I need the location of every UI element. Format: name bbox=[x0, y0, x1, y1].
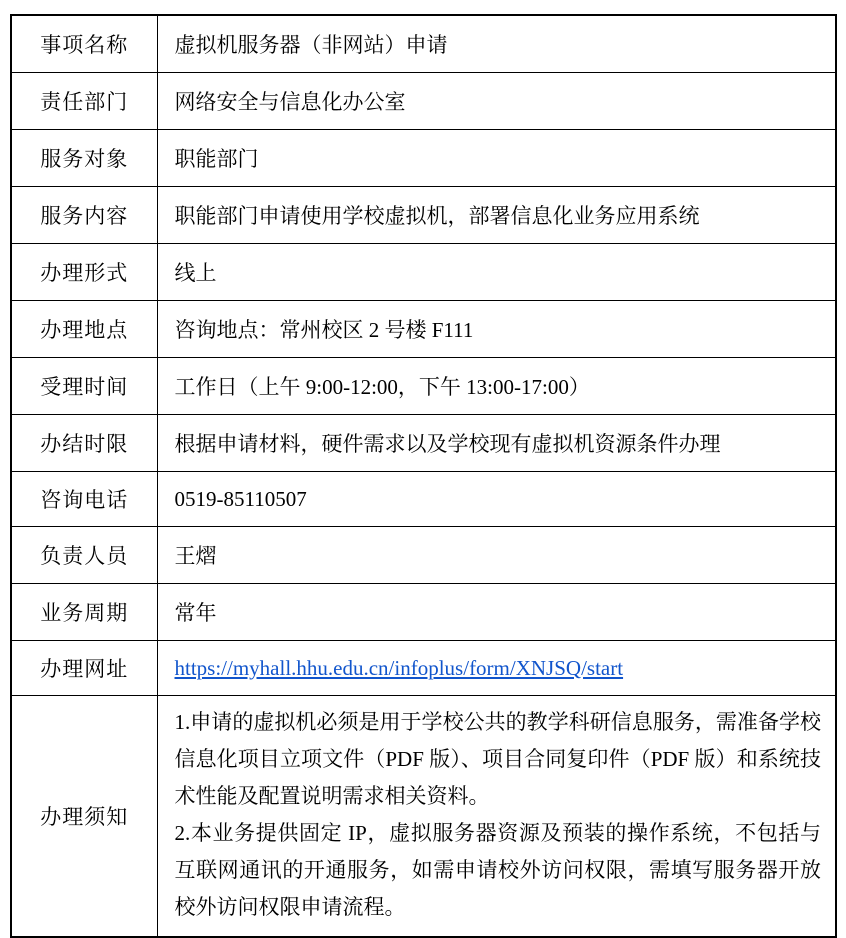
row-label: 业务周期 bbox=[11, 584, 157, 641]
table-row-consult-phone: 咨询电话 0519-85110507 bbox=[11, 472, 836, 527]
row-value: 根据申请材料，硬件需求以及学校现有虚拟机资源条件办理 bbox=[157, 415, 836, 472]
row-value: https://myhall.hhu.edu.cn/infoplus/form/… bbox=[157, 641, 836, 696]
row-label: 服务对象 bbox=[11, 130, 157, 187]
portal-url-link[interactable]: https://myhall.hhu.edu.cn/infoplus/form/… bbox=[175, 656, 624, 680]
row-label: 服务内容 bbox=[11, 187, 157, 244]
notes-paragraph-1: 1.申请的虚拟机必须是用于学校公共的教学科研信息服务，需准备学校信息化项目立项文… bbox=[175, 704, 822, 815]
row-label: 负责人员 bbox=[11, 527, 157, 584]
row-label: 受理时间 bbox=[11, 358, 157, 415]
row-label: 咨询电话 bbox=[11, 472, 157, 527]
row-value: 职能部门 bbox=[157, 130, 836, 187]
service-info-table: 事项名称 虚拟机服务器（非网站）申请 责任部门 网络安全与信息化办公室 服务对象… bbox=[10, 14, 837, 938]
row-label: 办理须知 bbox=[11, 696, 157, 938]
row-label: 办理地点 bbox=[11, 301, 157, 358]
row-value: 职能部门申请使用学校虚拟机，部署信息化业务应用系统 bbox=[157, 187, 836, 244]
row-label: 办结时限 bbox=[11, 415, 157, 472]
row-value: 网络安全与信息化办公室 bbox=[157, 73, 836, 130]
document-page: 事项名称 虚拟机服务器（非网站）申请 责任部门 网络安全与信息化办公室 服务对象… bbox=[0, 0, 846, 910]
table-row-responsible-dept: 责任部门 网络安全与信息化办公室 bbox=[11, 73, 836, 130]
row-value: 1.申请的虚拟机必须是用于学校公共的教学科研信息服务，需准备学校信息化项目立项文… bbox=[157, 696, 836, 938]
table-row-acceptance-time: 受理时间 工作日（上午 9:00-12:00，下午 13:00-17:00） bbox=[11, 358, 836, 415]
table-row-item-name: 事项名称 虚拟机服务器（非网站）申请 bbox=[11, 15, 836, 73]
row-value: 咨询地点：常州校区 2 号楼 F111 bbox=[157, 301, 836, 358]
row-value: 王熠 bbox=[157, 527, 836, 584]
table-row-handling-url: 办理网址 https://myhall.hhu.edu.cn/infoplus/… bbox=[11, 641, 836, 696]
row-value: 线上 bbox=[157, 244, 836, 301]
row-value: 工作日（上午 9:00-12:00，下午 13:00-17:00） bbox=[157, 358, 836, 415]
row-value: 0519-85110507 bbox=[157, 472, 836, 527]
table-row-service-target: 服务对象 职能部门 bbox=[11, 130, 836, 187]
row-value: 常年 bbox=[157, 584, 836, 641]
row-label: 办理形式 bbox=[11, 244, 157, 301]
table-row-service-content: 服务内容 职能部门申请使用学校虚拟机，部署信息化业务应用系统 bbox=[11, 187, 836, 244]
table-row-handling-mode: 办理形式 线上 bbox=[11, 244, 836, 301]
table-row-handling-location: 办理地点 咨询地点：常州校区 2 号楼 F111 bbox=[11, 301, 836, 358]
notes-paragraph-2: 2.本业务提供固定 IP，虚拟服务器资源及预装的操作系统，不包括与互联网通讯的开… bbox=[175, 815, 822, 926]
table-row-handling-notes: 办理须知 1.申请的虚拟机必须是用于学校公共的教学科研信息服务，需准备学校信息化… bbox=[11, 696, 836, 938]
row-label: 责任部门 bbox=[11, 73, 157, 130]
table-row-business-cycle: 业务周期 常年 bbox=[11, 584, 836, 641]
row-label: 事项名称 bbox=[11, 15, 157, 73]
table-row-responsible-person: 负责人员 王熠 bbox=[11, 527, 836, 584]
table-row-completion-limit: 办结时限 根据申请材料，硬件需求以及学校现有虚拟机资源条件办理 bbox=[11, 415, 836, 472]
row-value: 虚拟机服务器（非网站）申请 bbox=[157, 15, 836, 73]
row-label: 办理网址 bbox=[11, 641, 157, 696]
